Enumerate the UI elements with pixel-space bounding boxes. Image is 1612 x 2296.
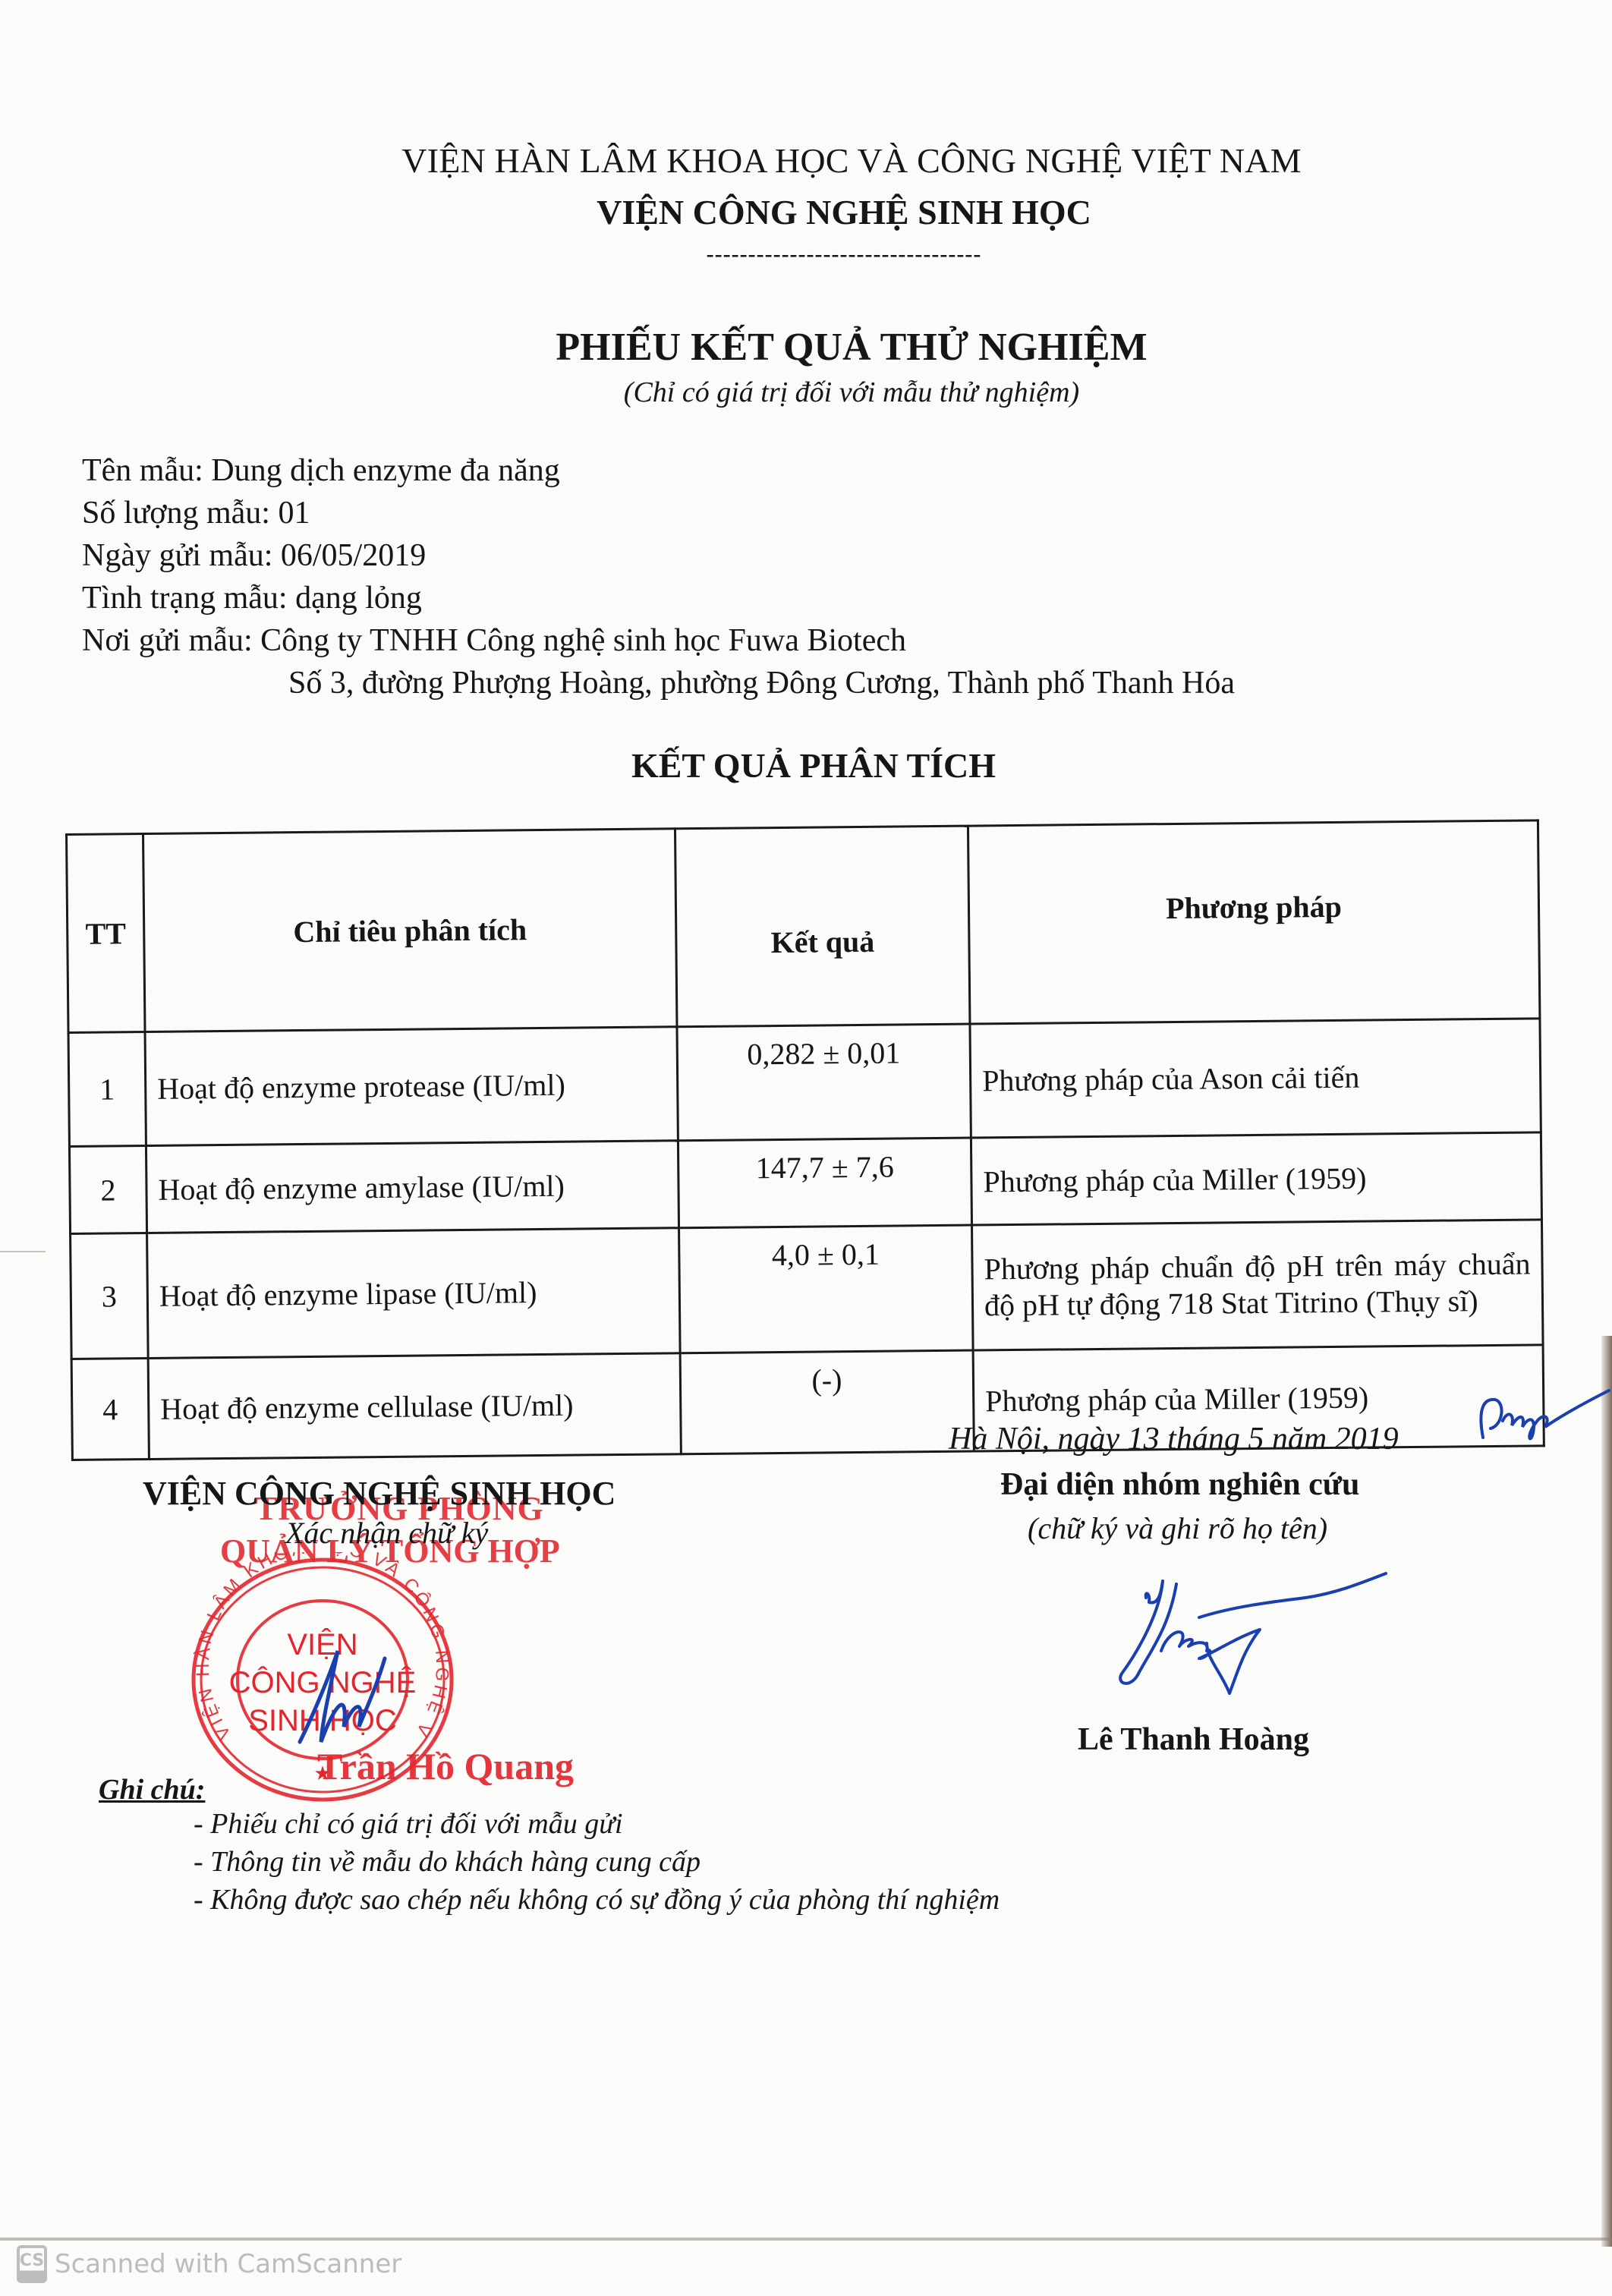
table-row: 1 Hoạt độ enzyme protease (IU/ml) 0,282 … (68, 1019, 1541, 1147)
results-table: TT Chỉ tiêu phân tích Kết quả Phương phá… (65, 819, 1545, 1461)
page-edge-shadow (1601, 1336, 1612, 2247)
header-method: Phương pháp (968, 820, 1539, 1024)
row-result: (-) (680, 1350, 974, 1454)
institute-confirm-note: Xác nhận chữ ký (285, 1515, 488, 1551)
sample-quantity: Số lượng mẫu: 01 (82, 492, 1235, 534)
note-item: - Không được sao chép nếu không có sự đồ… (194, 1881, 1000, 1919)
header-result: Kết quả (675, 826, 969, 1027)
camscanner-watermark: CS Scanned with CamScanner (17, 2245, 401, 2283)
svg-text:VIỆN: VIỆN (287, 1627, 357, 1661)
note-item: - Thông tin về mẫu do khách hàng cung cấ… (194, 1843, 1000, 1881)
representative-name: Lê Thanh Hoàng (1078, 1721, 1309, 1758)
stamp-signer-name: Trần Hồ Quang (317, 1744, 574, 1788)
header-tt: TT (67, 834, 146, 1033)
table-row: 3 Hoạt độ enzyme lipase (IU/ml) 4,0 ± 0,… (71, 1220, 1543, 1359)
row-criterion: Hoạt độ enzyme amylase (IU/ml) (146, 1141, 678, 1233)
row-index: 2 (69, 1145, 146, 1233)
table-row: 2 Hoạt độ enzyme amylase (IU/ml) 147,7 ±… (69, 1132, 1541, 1234)
header-criterion: Chỉ tiêu phân tích (143, 829, 677, 1032)
table-header-row: TT Chỉ tiêu phân tích Kết quả Phương phá… (67, 820, 1540, 1033)
sample-condition: Tình trạng mẫu: dạng lỏng (82, 577, 1235, 619)
sample-sender-address: Số 3, đường Phượng Hoàng, phường Đông Cư… (82, 662, 1235, 704)
institute-confirm-title: VIỆN CÔNG NGHỆ SINH HỌC (143, 1474, 616, 1513)
sample-info: Tên mẫu: Dung dịch enzyme đa năng Số lượ… (82, 449, 1235, 704)
representative-signature-icon (1116, 1567, 1389, 1712)
document-title: PHIẾU KẾT QUẢ THỬ NGHIỆM (46, 325, 1612, 370)
row-criterion: Hoạt độ enzyme cellulase (IU/ml) (148, 1353, 681, 1460)
document-subtitle: (Chỉ có giá trị đối với mẫu thử nghiệm) (46, 376, 1612, 409)
row-result: 4,0 ± 0,1 (679, 1225, 974, 1353)
row-method: Phương pháp của Ason cải tiến (970, 1019, 1541, 1138)
notes-list: - Phiếu chỉ có giá trị đối với mẫu gửi -… (194, 1805, 1000, 1919)
row-result: 0,282 ± 0,01 (677, 1024, 971, 1141)
margin-mark (0, 1251, 46, 1252)
sample-name: Tên mẫu: Dung dịch enzyme đa năng (82, 449, 1235, 492)
institute-name: VIỆN CÔNG NGHỆ SINH HỌC (38, 192, 1612, 232)
note-item: - Phiếu chỉ có giá trị đối với mẫu gửi (194, 1805, 1000, 1843)
sample-date-sent: Ngày gửi mẫu: 06/05/2019 (82, 534, 1235, 577)
initials-signature-icon (1472, 1383, 1612, 1451)
watermark-text: Scanned with CamScanner (55, 2249, 401, 2279)
row-index: 3 (71, 1233, 149, 1359)
row-criterion: Hoạt độ enzyme lipase (IU/ml) (147, 1228, 681, 1359)
representative-note: (chữ ký và ghi rõ họ tên) (1028, 1510, 1327, 1546)
representative-title: Đại diện nhóm nghiên cứu (1000, 1466, 1359, 1503)
row-method: Phương pháp của Miller (1959) (971, 1132, 1541, 1225)
notes-label: Ghi chú: (99, 1773, 205, 1806)
camscanner-logo-icon: CS (17, 2245, 47, 2283)
row-index: 1 (68, 1032, 146, 1147)
row-method: Phương pháp chuẩn độ pH trên máy chuẩn đ… (972, 1220, 1544, 1350)
sample-sender: Nơi gửi mẫu: Công ty TNHH Công nghệ sinh… (82, 619, 1235, 662)
place-date: Hà Nội, ngày 13 tháng 5 năm 2019 (949, 1421, 1399, 1457)
row-criterion: Hoạt độ enzyme protease (IU/ml) (145, 1027, 678, 1146)
page-edge-bottom (0, 2238, 1612, 2241)
results-section-title: KẾT QUẢ PHÂN TÍCH (8, 745, 1612, 786)
row-result: 147,7 ± 7,6 (678, 1138, 971, 1228)
row-index: 4 (71, 1358, 149, 1460)
academy-name: VIỆN HÀN LÂM KHOA HỌC VÀ CÔNG NGHỆ VIỆT … (46, 140, 1612, 181)
header-divider: --------------------------------- (38, 241, 1612, 267)
